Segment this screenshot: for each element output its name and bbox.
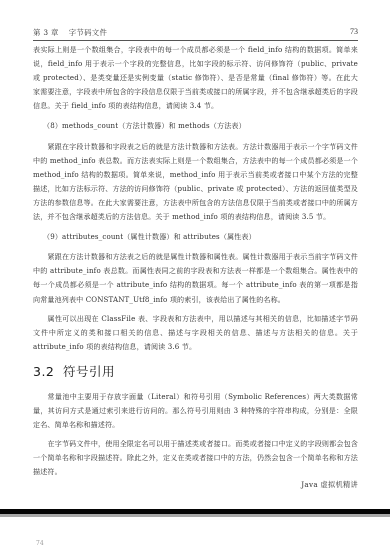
page-body: 表实际上则是一个数组集合，字段表中的每一个成员都必须是一个 field_info… [33,43,358,479]
section-heading: 3.2符号引用 [33,364,358,380]
list-item-attributes: （9）attributes_count（属性计数器）和 attributes（属… [33,230,358,244]
paragraph-attributes: 紧跟在方法计数器和方法表之后的就是属性计数器和属性表。属性计数器用于表示当前字节… [33,250,358,306]
section-number: 3.2 [33,364,63,380]
chapter-label: 第 3 章 [33,28,59,37]
page-number: 73 [350,27,358,36]
running-header: 第 3 章字节码文件 73 [33,24,358,41]
paragraph-methods: 紧跟在字段计数器和字段表之后的就是方法计数器和方法表。方法计数器用于表示一个字节… [33,140,358,225]
chapter-heading: 第 3 章字节码文件 [33,27,107,38]
chapter-title: 字节码文件 [69,28,107,37]
next-page-fragment: 74 [36,540,44,546]
page-divider-grey [0,514,390,517]
book-page: 第 3 章字节码文件 73 表实际上则是一个数组集合，字段表中的每一个成员都必须… [0,0,390,546]
footer-book-title: Java 虚拟机精讲 [301,480,358,490]
paragraph-attribute-usage: 属性可以出现在 ClassFile 表、字段表和方法表中，用以描述与其相关的信息… [33,312,358,354]
paragraph-constant-pool: 常量池中主要用于存放字面量（Literal）和符号引用（Symbolic Ref… [33,390,358,432]
list-item-methods: （8）methods_count（方法计数器）和 methods（方法表） [33,119,358,133]
section-title: 符号引用 [63,364,115,379]
paragraph-descriptors: 在字节码文件中，使用全限定名可以用于描述类或者接口。而类或者接口中定义的字段则都… [33,437,358,479]
paragraph-field-info: 表实际上则是一个数组集合，字段表中的每一个成员都必须是一个 field_info… [33,43,358,113]
